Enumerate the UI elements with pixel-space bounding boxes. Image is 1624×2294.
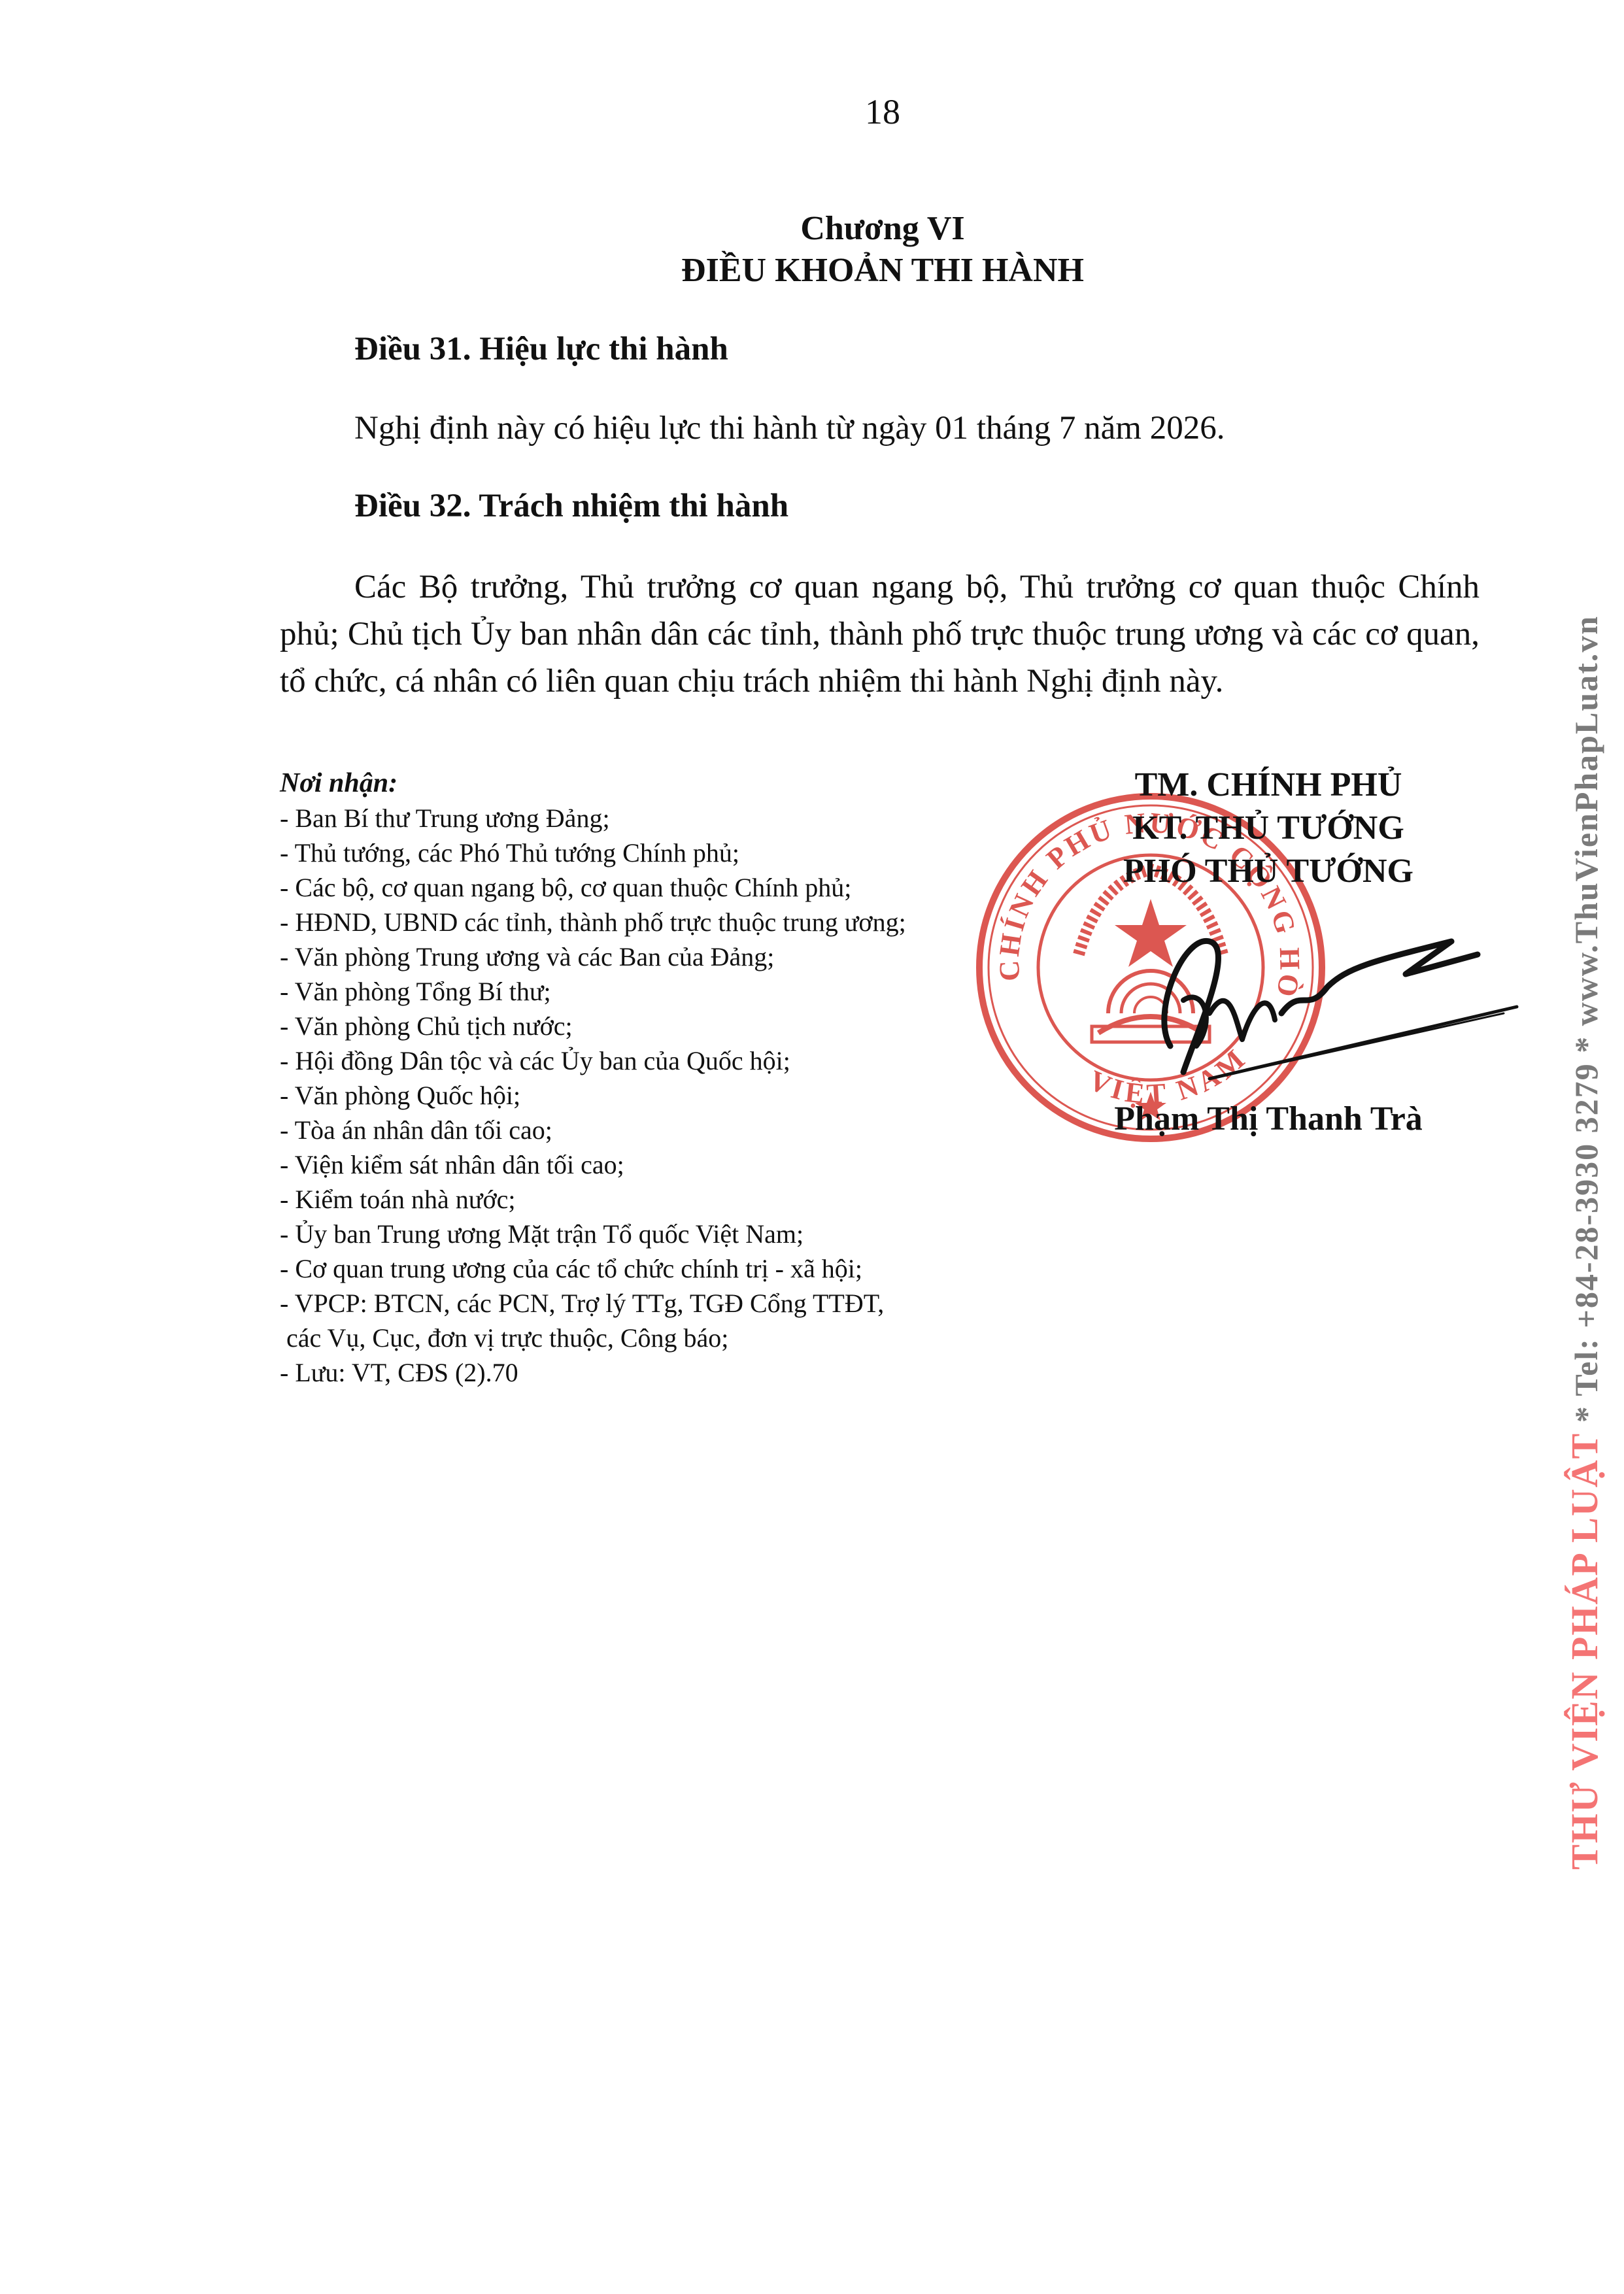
watermark: THƯ VIỆN PHÁP LUẬT * Tel: +84-28-3930 32…: [1563, 615, 1606, 1870]
signature-line-3: PHÓ THỦ TƯỚNG: [1046, 850, 1491, 893]
signature-line-2: KT. THỦ TƯỚNG: [1046, 807, 1491, 850]
recipient-item: - Thủ tướng, các Phó Thủ tướng Chính phủ…: [280, 835, 906, 870]
recipient-item: - Văn phòng Tổng Bí thư;: [280, 974, 906, 1009]
signer-name: Phạm Thị Thanh Trà: [1046, 1100, 1491, 1138]
recipient-item: - HĐND, UBND các tỉnh, thành phố trực th…: [280, 905, 906, 939]
article-32-body: Các Bộ trưởng, Thủ trưởng cơ quan ngang …: [280, 564, 1480, 705]
recipient-item: - Ủy ban Trung ương Mặt trận Tổ quốc Việ…: [280, 1217, 906, 1251]
signature-title-block: TM. CHÍNH PHỦ KT. THỦ TƯỚNG PHÓ THỦ TƯỚN…: [1046, 764, 1491, 893]
chapter-subtitle: ĐIỀU KHOẢN THI HÀNH: [0, 250, 1624, 292]
recipient-item: - Văn phòng Trung ương và các Ban của Đả…: [280, 939, 906, 974]
watermark-contact: Tel: +84-28-3930 3279 * www.ThuVienPhapL…: [1568, 615, 1604, 1396]
recipient-item: - Hội đồng Dân tộc và các Ủy ban của Quố…: [280, 1043, 906, 1078]
article-31-body: Nghị định này có hiệu lực thi hành từ ng…: [354, 409, 1225, 447]
signature-line-1: TM. CHÍNH PHỦ: [1046, 764, 1491, 807]
watermark-brand: THƯ VIỆN PHÁP LUẬT: [1563, 1432, 1606, 1870]
recipient-item: - Văn phòng Chủ tịch nước;: [280, 1009, 906, 1043]
recipients-list: Nơi nhận: - Ban Bí thư Trung ương Đảng; …: [280, 766, 906, 1390]
recipient-item: - Lưu: VT, CĐS (2).70: [280, 1355, 906, 1390]
recipient-item: - Cơ quan trung ương của các tổ chức chí…: [280, 1251, 906, 1286]
recipient-item: - Tòa án nhân dân tối cao;: [280, 1113, 906, 1147]
chapter-title: Chương VI: [0, 208, 1624, 250]
page-number: 18: [0, 92, 1624, 132]
recipients-heading: Nơi nhận:: [280, 766, 906, 801]
recipient-item: - VPCP: BTCN, các PCN, Trợ lý TTg, TGĐ C…: [280, 1286, 906, 1321]
recipient-item: - Ban Bí thư Trung ương Đảng;: [280, 801, 906, 835]
recipient-item: - Kiểm toán nhà nước;: [280, 1182, 906, 1217]
article-32-heading: Điều 32. Trách nhiệm thi hành: [354, 487, 788, 525]
recipient-item: - Văn phòng Quốc hội;: [280, 1078, 906, 1113]
watermark-separator: *: [1568, 1396, 1604, 1432]
recipient-item: - Viện kiểm sát nhân dân tối cao;: [280, 1147, 906, 1182]
article-31-heading: Điều 31. Hiệu lực thi hành: [354, 330, 728, 368]
recipient-item: các Vụ, Cục, đơn vị trực thuộc, Công báo…: [280, 1321, 906, 1355]
handwritten-signature-icon: [1111, 915, 1536, 1098]
recipient-item: - Các bộ, cơ quan ngang bộ, cơ quan thuộ…: [280, 870, 906, 905]
